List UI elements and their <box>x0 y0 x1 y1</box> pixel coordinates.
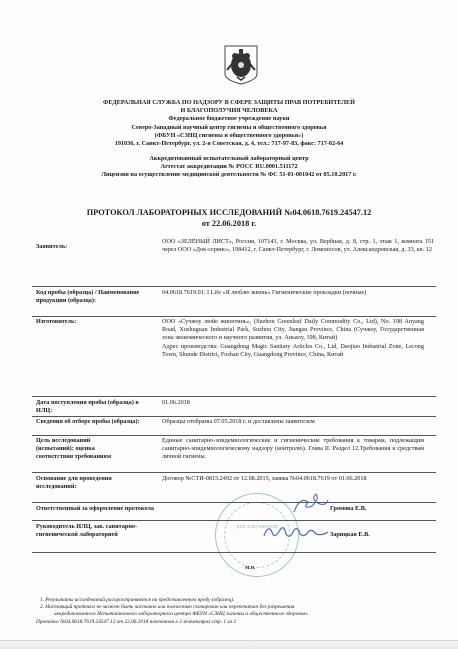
handwritten-signature <box>290 492 330 523</box>
header-line: Северо-Западный научный центр гигиены и … <box>0 124 458 132</box>
footnote-page-info: Протокол №04.0618.7619.24547.12 от 22.06… <box>36 619 444 626</box>
handwritten-signature <box>260 522 330 549</box>
field-value: ООО «ЗЕЛЁНЫЙ ЛИСТ», Россия, 107143, г. М… <box>162 238 434 254</box>
field-value: 04.0618.7619.01: I Life «Я люблю жизнь» … <box>162 289 424 297</box>
field-label: Код пробы (образца) / Наименование проду… <box>36 289 154 305</box>
header-line: 191036, г. Санкт-Петербург, ул. 2-я Сове… <box>0 140 458 148</box>
header-line: (ФБУН «СЗНЦ гигиены и общественного здор… <box>0 132 458 140</box>
divider <box>32 435 436 436</box>
field-value: ООО «Сучжоу люйе жионтинь», (Suzhou Gree… <box>162 318 424 359</box>
field-label: Основание для проведения исследований: <box>36 475 146 491</box>
coat-of-arms-icon <box>223 44 259 86</box>
field-label: Дата поступления пробы (образца) в ИЛЦ: <box>36 399 154 415</box>
page-edge <box>0 640 458 649</box>
field-label: Изготовитель: <box>36 318 154 326</box>
divider <box>32 316 436 317</box>
divider <box>32 396 436 397</box>
footnote: аккредитованного Испытательного лаборато… <box>36 611 444 618</box>
seal-mark: М.П. <box>245 565 255 570</box>
signatory-name: Зарицкая Е.В. <box>330 531 370 539</box>
production-address: Адрес производства: Guangdong Magic Sani… <box>162 343 424 359</box>
divider <box>32 286 436 287</box>
header-line: Федеральное бюджетное учреждение науки <box>0 115 458 123</box>
protocol-number: ПРОТОКОЛ ЛАБОРАТОРНЫХ ИССЛЕДОВАНИЙ №04.0… <box>0 207 458 218</box>
signatory-name: Громова Е.В. <box>330 505 366 513</box>
divider <box>32 416 436 417</box>
accreditation-block: Аккредитованный испытательный лабораторн… <box>0 155 458 180</box>
manufacturer-name: ООО «Сучжоу люйе жионтинь», (Suzhou Gree… <box>162 318 424 343</box>
accreditation-line: Аккредитованный испытательный лабораторн… <box>0 155 458 163</box>
protocol-title: ПРОТОКОЛ ЛАБОРАТОРНЫХ ИССЛЕДОВАНИЙ №04.0… <box>0 207 458 229</box>
divider <box>32 502 436 503</box>
document-page: ФЕДЕРАЛЬНАЯ СЛУЖБА ПО НАДЗОРУ В СФЕРЕ ЗА… <box>0 0 458 649</box>
signature-label: Ответственный за оформление протокола <box>36 505 236 513</box>
divider <box>32 520 436 521</box>
protocol-date: от 22.06.2018 г. <box>0 218 458 229</box>
footnotes: 1. Результаты исследований распространяю… <box>36 597 444 626</box>
field-value: Единые санитарно-эпидемиологические и ги… <box>162 437 424 462</box>
institution-header: ФЕДЕРАЛЬНАЯ СЛУЖБА ПО НАДЗОРУ В СФЕРЕ ЗА… <box>0 99 458 148</box>
divider <box>32 472 436 473</box>
field-label: Заявитель: <box>36 243 154 251</box>
header-line: И БЛАГОПОЛУЧИЯ ЧЕЛОВЕКА <box>0 107 458 115</box>
field-value: Образцы отобраны 07.05.2018 г. и доставл… <box>162 418 434 426</box>
field-label: Цель исследований (испытаний): оценка со… <box>36 437 126 462</box>
signature-label: Руководитель ИЛЦ, зав. санитарно-гигиени… <box>36 523 166 539</box>
field-value: 01.06.2018 <box>162 399 434 407</box>
field-value: Договор №СТИ-0815.2492 от 12.08.2015, за… <box>162 475 412 483</box>
accreditation-line: Лицензия на осуществление медицинской де… <box>0 171 458 179</box>
header-line: ФЕДЕРАЛЬНАЯ СЛУЖБА ПО НАДЗОРУ В СФЕРЕ ЗА… <box>0 99 458 107</box>
accreditation-line: Аттестат аккредитации № РОСС RU.0001.511… <box>0 163 458 171</box>
field-label: Сведения об отборе пробы (образца): <box>36 418 154 426</box>
divider <box>32 552 436 553</box>
